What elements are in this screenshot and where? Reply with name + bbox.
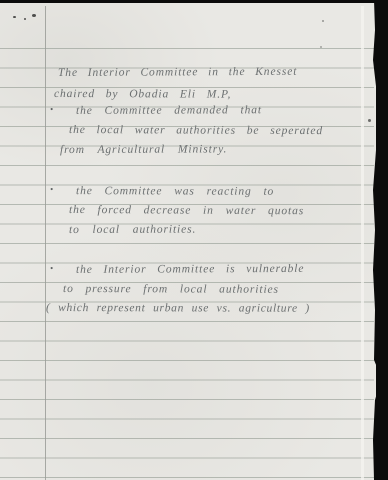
ink-speck [13, 16, 16, 18]
note-line: to pressure from local authorities [63, 283, 279, 296]
note-line: the local water authorities be seperated [69, 124, 323, 137]
ink-speck [322, 20, 324, 22]
margin-line [45, 6, 46, 480]
ink-speck [368, 119, 371, 122]
bullet-marker: • [50, 263, 56, 273]
note-line: to local authorities. [69, 224, 196, 236]
notebook-page: The Interior Committee in the Knessetcha… [0, 3, 376, 480]
ink-speck [320, 46, 322, 48]
note-line-text: the Committee was reacting to [76, 185, 274, 198]
note-line: ( which represent urban use vs. agricult… [46, 302, 310, 315]
note-line-text: from Agricultural Ministry. [60, 143, 227, 156]
note-line-text: the local water authorities be seperated [69, 124, 323, 137]
scan-edge-right [373, 0, 388, 480]
note-line: •the Interior Committee is vulnerable [50, 262, 304, 276]
note-line-text: to pressure from local authorities [63, 283, 279, 296]
note-line-text: The Interior Committee in the Knesset [58, 66, 297, 79]
note-line: chaired by Obadia Eli M.P, [54, 88, 231, 101]
note-line: the forced decrease in water quotas [69, 204, 304, 217]
note-line: from Agricultural Ministry. [60, 143, 227, 156]
note-line-text: the forced decrease in water quotas [69, 204, 304, 217]
note-line-text: chaired by Obadia Eli M.P, [54, 88, 231, 101]
ink-speck [24, 18, 26, 20]
ink-speck [32, 14, 36, 17]
note-line-text: the Interior Committee is vulnerable [76, 263, 304, 276]
bullet-marker: • [50, 184, 56, 194]
note-line: •the Committee demanded that [50, 103, 262, 117]
note-line-text: the Committee demanded that [76, 104, 262, 117]
note-line-text: ( which represent urban use vs. agricult… [46, 302, 310, 315]
note-line-text: to local authorities. [69, 224, 196, 236]
scan-edge-top [0, 0, 388, 3]
bullet-marker: • [50, 104, 56, 114]
note-line: •the Committee was reacting to [50, 184, 274, 198]
note-line: The Interior Committee in the Knesset [58, 66, 297, 79]
paper-edge-highlight [361, 6, 364, 480]
